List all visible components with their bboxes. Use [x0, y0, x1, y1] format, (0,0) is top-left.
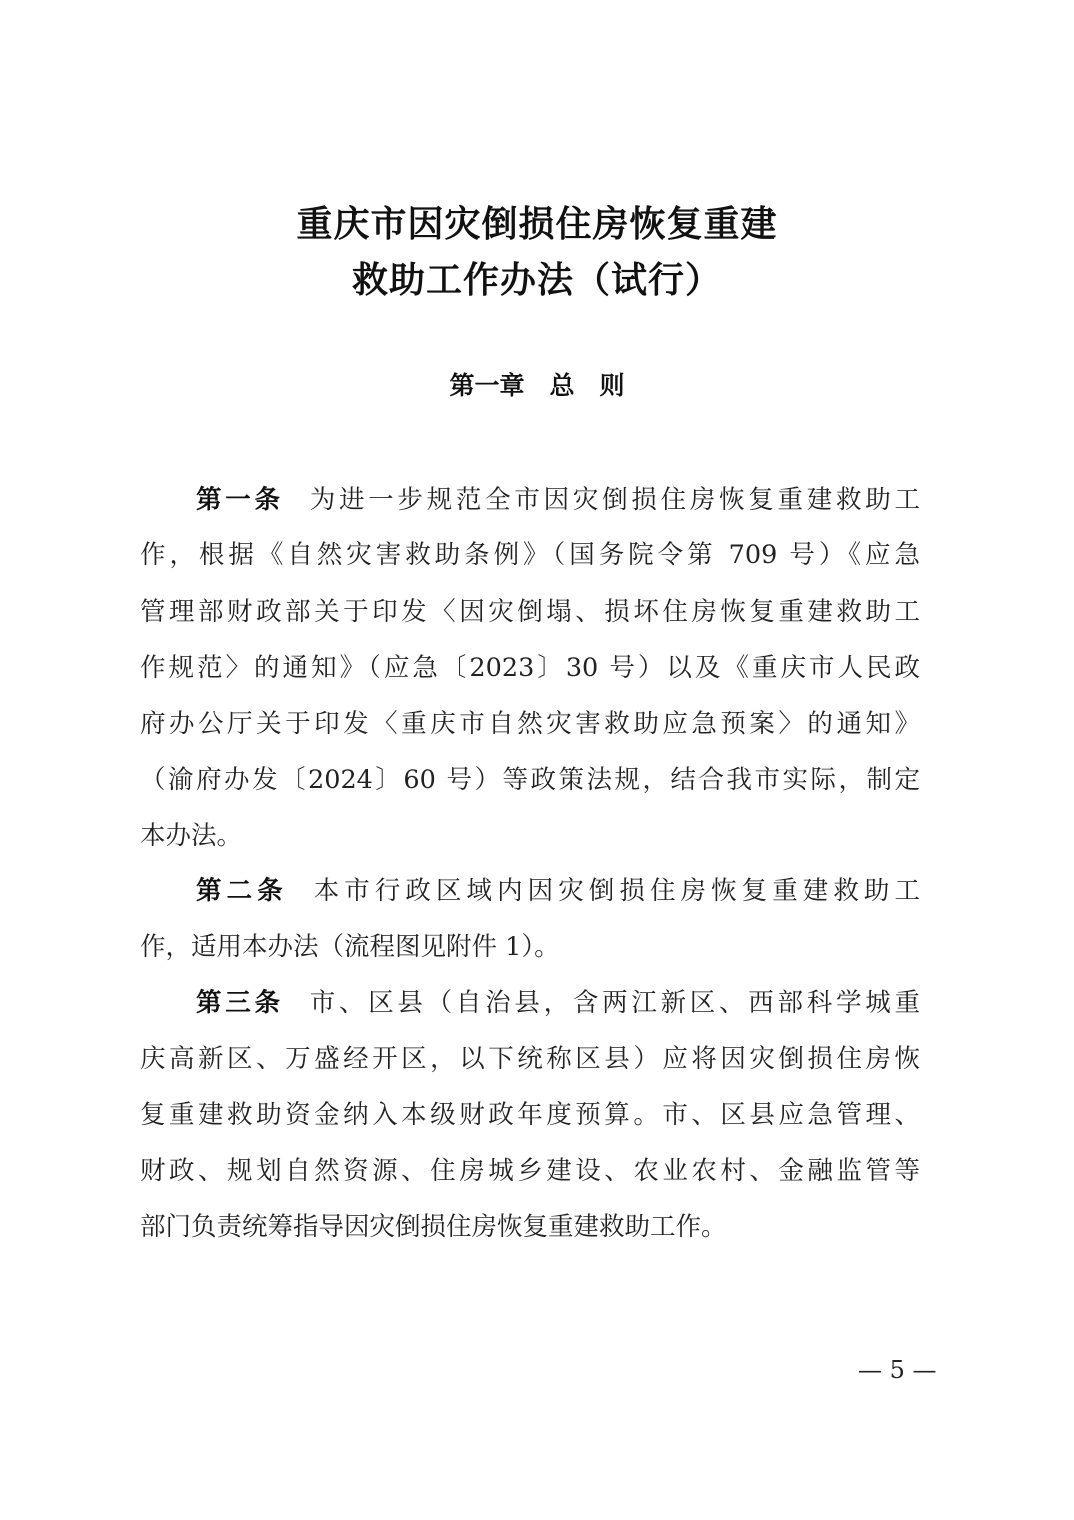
- document-title-line-1: 重庆市因灾倒损住房恢复重建: [0, 196, 1074, 247]
- chapter-heading: 第一章 总 则: [0, 366, 1074, 402]
- article-1-line-7: 本办法。: [140, 816, 920, 852]
- article-1-line-1: 第一条为进一步规范全市因灾倒损住房恢复重建救助工: [196, 480, 920, 516]
- article-3-line-2: 庆高新区、万盛经开区，以下统称区县）应将因灾倒损住房恢: [140, 1039, 920, 1075]
- article-1-line-5: 府办公厅关于印发〈重庆市自然灾害救助应急预案〉的通知》: [140, 704, 920, 740]
- article-1-line-6: （渝府办发〔2024〕60 号）等政策法规，结合我市实际，制定: [140, 760, 920, 796]
- article-text: 为进一步规范全市因灾倒损住房恢复重建救助工: [310, 485, 920, 515]
- article-1-line-4: 作规范〉的通知》（应急〔2023〕30 号）以及《重庆市人民政: [140, 648, 920, 684]
- article-3-label: 第三条: [196, 988, 284, 1018]
- article-3-line-1: 第三条市、区县（自治县，含两江新区、西部科学城重: [196, 983, 920, 1019]
- article-1-line-2: 作，根据《自然灾害救助条例》（国务院令第 709 号）《应急: [140, 535, 920, 571]
- article-2-line-1: 第二条本市行政区域内因灾倒损住房恢复重建救助工: [196, 871, 920, 907]
- article-2-label: 第二条: [196, 876, 288, 906]
- document-title-line-2: 救助工作办法（试行）: [0, 252, 1074, 303]
- article-text: 市、区县（自治县，含两江新区、西部科学城重: [310, 988, 920, 1018]
- article-2-line-2: 作，适用本办法（流程图见附件 1）。: [140, 927, 920, 963]
- article-text: 本市行政区域内因灾倒损住房恢复重建救助工: [314, 876, 920, 906]
- article-1-label: 第一条: [196, 485, 284, 515]
- article-3-line-4: 财政、规划自然资源、住房城乡建设、农业农村、金融监管等: [140, 1151, 920, 1187]
- page-number: — 5 —: [858, 1356, 937, 1384]
- article-1-line-3: 管理部财政部关于印发〈因灾倒塌、损坏住房恢复重建救助工: [140, 592, 920, 628]
- article-3-line-5: 部门负责统筹指导因灾倒损住房恢复重建救助工作。: [140, 1207, 920, 1243]
- article-3-line-3: 复重建救助资金纳入本级财政年度预算。市、区县应急管理、: [140, 1095, 920, 1131]
